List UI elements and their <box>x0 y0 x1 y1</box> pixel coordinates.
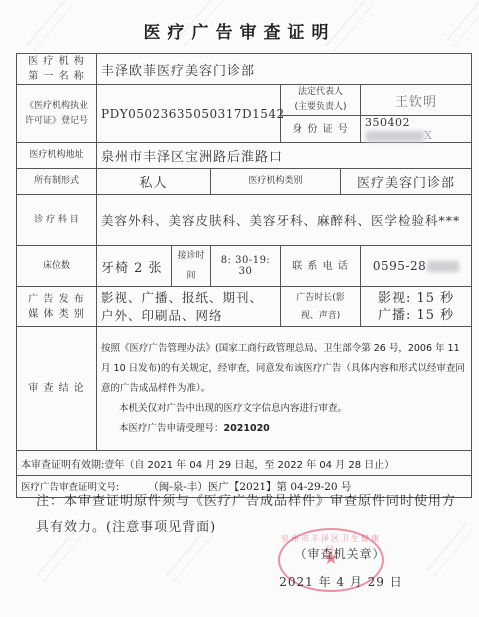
row-conclusion: 审 查 结 论 按照《医疗广告管理办法》(国家工商行政管理总局、卫生部令第 26… <box>17 327 472 451</box>
row-departments: 诊 疗 科 目 美容外科、美容皮肤科、美容牙科、麻醉科、医学检验科*** <box>17 195 472 246</box>
conclusion-text: 按照《医疗广告管理办法》(国家工商行政管理总局、卫生部令第 26 号，2006 … <box>97 327 472 451</box>
phone-prefix: 0595-28 <box>373 259 426 273</box>
category-label: 医疗机构类别 <box>211 169 341 195</box>
id-number-value: 350402X <box>361 116 472 143</box>
departments-value: 美容外科、美容皮肤科、美容牙科、麻醉科、医学检验科*** <box>97 195 472 246</box>
category-value: 医疗美容门诊部 <box>341 169 472 195</box>
issue-date: 2021 年 4 月 29 日 <box>266 573 416 590</box>
id-prefix: 350402 <box>365 116 410 129</box>
ownership-label: 所有制形式 <box>17 169 97 195</box>
beds-label: 床位数 <box>17 246 97 287</box>
row-ownership: 所有制形式 私人 医疗机构类别 医疗美容门诊部 <box>17 169 472 195</box>
hours-value: 8: 30-19: 30 <box>211 246 281 287</box>
label-line: 法定代表人 <box>285 85 356 100</box>
row-license-a: 《医疗机构执业 许可证》登记号 PDY05023635050317D1542 法… <box>17 85 472 116</box>
legal-rep-value: 王钦明 <box>361 85 472 116</box>
label-line: 《医疗机构执业 <box>21 99 92 114</box>
row-address: 医疗机构地址 泉州市丰泽区宝洲路后淮路口 <box>17 143 472 169</box>
address-label: 医疗机构地址 <box>17 143 97 169</box>
address-value: 泉州市丰泽区宝洲路后淮路口 <box>97 143 472 169</box>
conclusion-label: 审 查 结 论 <box>17 327 97 451</box>
label-line: 第 一 名 称 <box>21 69 92 84</box>
departments-label: 诊 疗 科 目 <box>17 195 97 246</box>
label-line: 广 告 发 布 <box>21 292 92 307</box>
document-title: 医疗广告审查证明 <box>0 18 479 43</box>
duration-label: 广告时长(影 视、声音) <box>281 287 361 327</box>
license-number: PDY05023635050317D1542 <box>97 85 281 143</box>
row-media: 广 告 发 布 媒 体 类 别 影视、广播、报纸、期刊、户外、印刷品、网络 广告… <box>17 287 472 327</box>
validity-text: 本审查证明有效期:壹年（自 2021 年 04 月 29 日起，至 2022 年… <box>17 451 472 476</box>
label-line: 医 疗 机 构 <box>21 54 92 69</box>
label-line: 视、声音) <box>285 307 356 325</box>
row-beds: 床位数 牙椅 2 张 接诊时 间 8: 30-19: 30 联 系 电 话 05… <box>17 246 472 287</box>
media-value: 影视、广播、报纸、期刊、户外、印刷品、网络 <box>97 287 281 327</box>
redacted-block <box>366 131 424 142</box>
phone-label: 联 系 电 话 <box>281 246 361 287</box>
row-validity: 本审查证明有效期:壹年（自 2021 年 04 月 29 日起，至 2022 年… <box>17 451 472 476</box>
certificate-table: 医 疗 机 构 第 一 名 称 丰泽欧菲医疗美容门诊部 《医疗机构执业 许可证》… <box>16 53 472 498</box>
license-label: 《医疗机构执业 许可证》登记号 <box>17 85 97 143</box>
media-label: 广 告 发 布 媒 体 类 别 <box>17 287 97 327</box>
legal-rep-label: 法定代表人 (主要负责人) <box>281 85 361 116</box>
duration-video: 影视: 15 秒 <box>365 290 467 307</box>
ownership-value: 私人 <box>97 169 211 195</box>
label-line: 间 <box>176 266 206 286</box>
seal-label: （审查机关章） <box>270 545 410 562</box>
institution-name-label: 医 疗 机 构 第 一 名 称 <box>17 54 97 85</box>
label-line: 许可证》登记号 <box>21 114 92 129</box>
conclusion-paragraph: 按照《医疗广告管理办法》(国家工商行政管理总局、卫生部令第 26 号，2006 … <box>101 339 467 399</box>
id-suffix: X <box>424 129 432 142</box>
duration-radio: 广播: 15 秒 <box>365 307 467 324</box>
row-institution-name: 医 疗 机 构 第 一 名 称 丰泽欧菲医疗美容门诊部 <box>17 54 472 85</box>
conclusion-paragraph: 本机关仅对广告中出现的医疗文字信息内容进行审查。 <box>101 399 467 419</box>
phone-value: 0595-28 <box>361 246 472 287</box>
redacted-block <box>427 261 459 272</box>
label-line: 接诊时 <box>176 246 206 266</box>
application-number: 本医疗广告申请受理号：2021020 <box>101 419 467 439</box>
institution-name-value: 丰泽欧菲医疗美容门诊部 <box>97 54 472 85</box>
id-number-label: 身 份 证 号 <box>281 116 361 143</box>
footnote: 注：本审查证明原件须与《医疗广告成品样件》审查原件同时使用方具有效力。(注意事项… <box>36 489 456 541</box>
label-line: (主要负责人) <box>285 100 356 115</box>
application-number-label: 本医疗广告申请受理号： <box>119 423 224 434</box>
label-line: 广告时长(影 <box>285 289 356 307</box>
application-number-value: 2021020 <box>224 423 270 434</box>
beds-value: 牙椅 2 张 <box>97 246 172 287</box>
hours-label: 接诊时 间 <box>172 246 211 287</box>
duration-value: 影视: 15 秒 广播: 15 秒 <box>361 287 472 327</box>
label-line: 媒 体 类 别 <box>21 307 92 322</box>
